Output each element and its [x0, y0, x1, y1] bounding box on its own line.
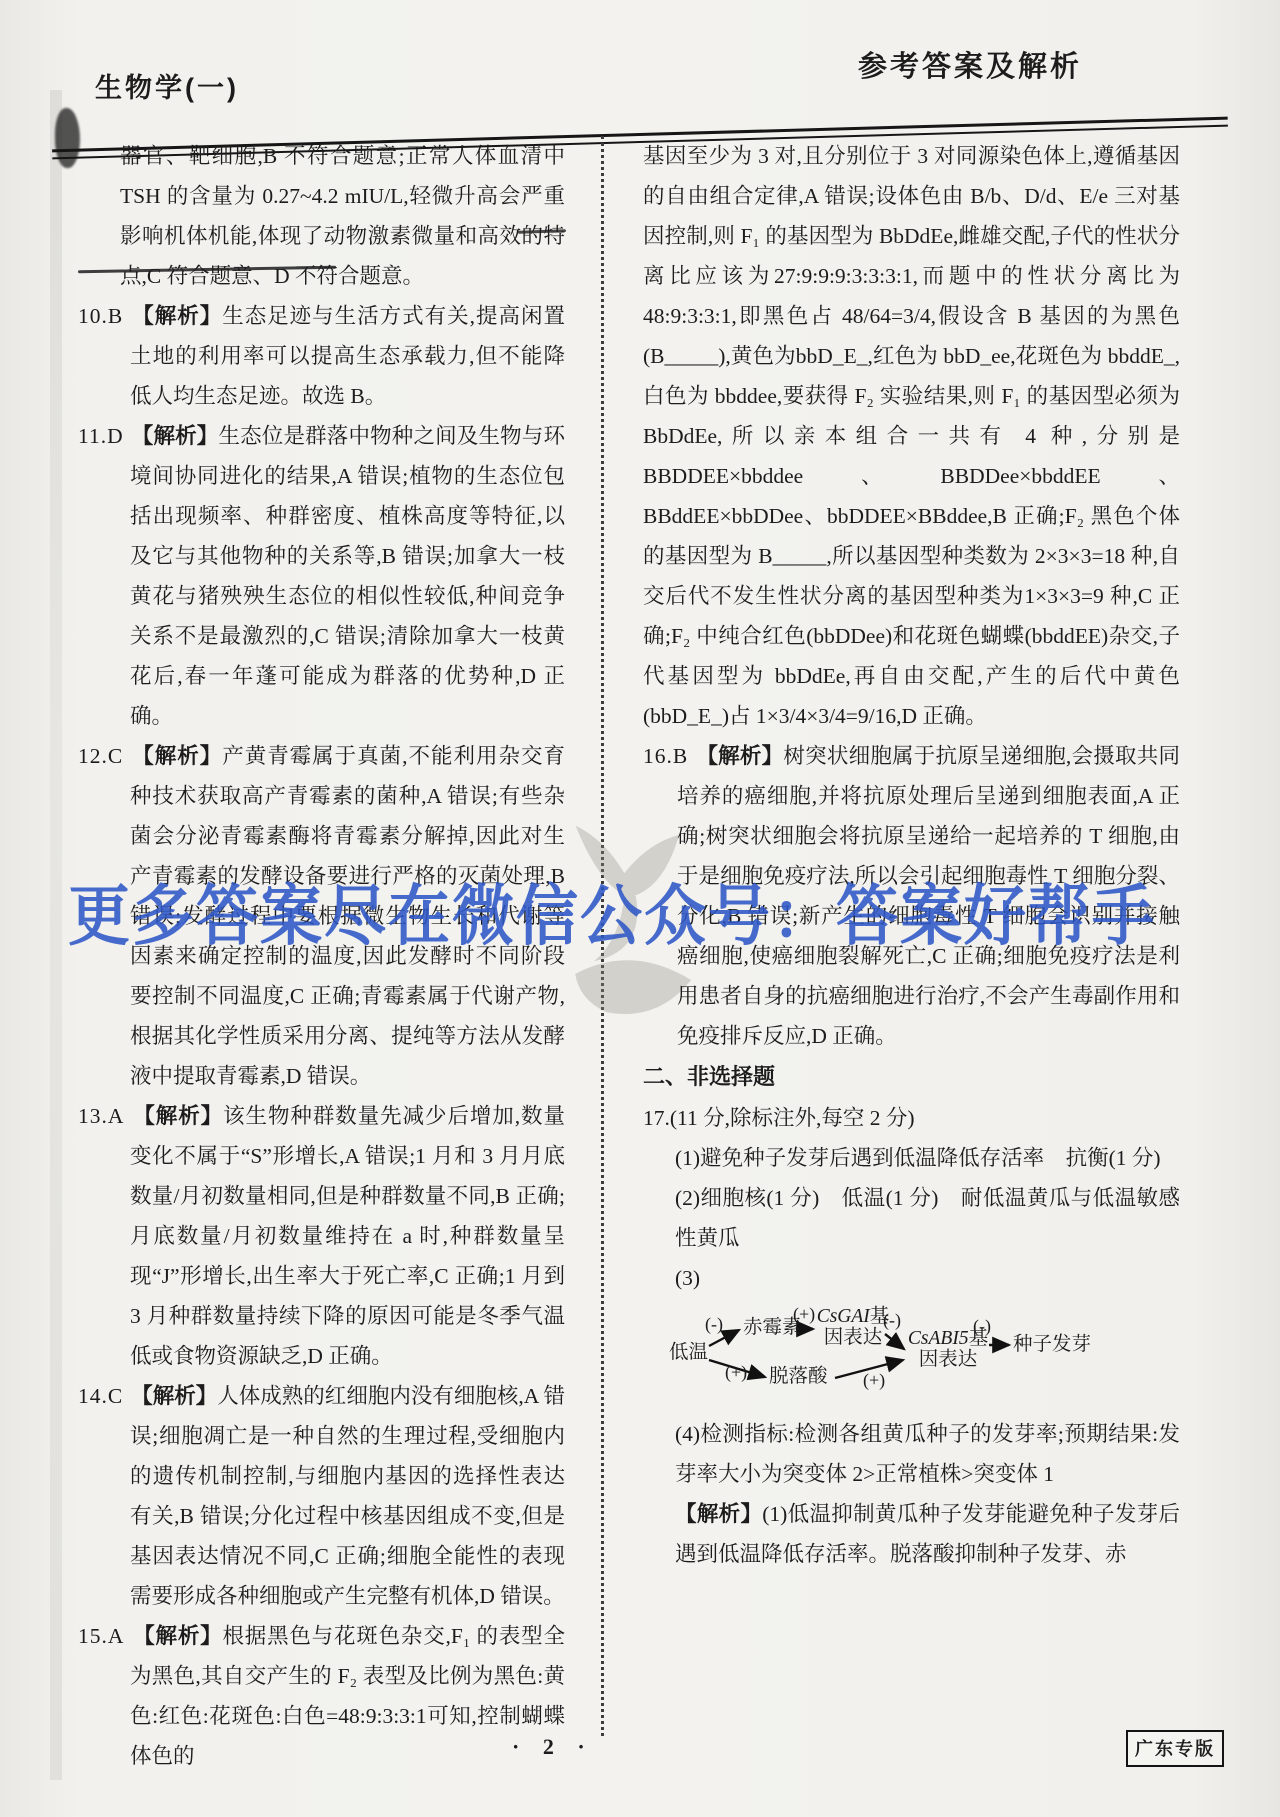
question-17-answer-2: (2)细胞核(1 分) 低温(1 分) 耐低温黄瓜与低温敏感性黄瓜 [643, 1178, 1180, 1258]
subject-title: 生物学(一) [95, 66, 239, 105]
question-17-answer-3-label: (3) [643, 1258, 1180, 1298]
edge-sign-low-ga: (-) [705, 1314, 723, 1335]
page-title: 参考答案及解析 [858, 44, 1082, 85]
node-low-temp: 低温 [669, 1342, 708, 1363]
answer-number: 14.C [78, 1384, 123, 1408]
edge-sign-low-aba: (+) [725, 1362, 747, 1383]
node-seed-germination: 种子发芽 [1013, 1334, 1091, 1355]
question-17-analysis: 【解析】(1)低温抑制黄瓜种子发芽能避免种子发芽后遇到低温降低存活率。脱落酸抑制… [643, 1494, 1180, 1574]
analysis-tag: 【解析】 [132, 1624, 222, 1648]
answer-number: 13.A [78, 1104, 124, 1128]
answer-15-continuation: 基因至少为 3 对,且分别位于 3 对同源染色体上,遵循基因的自由组合定律,A … [643, 136, 1180, 736]
promo-watermark: 更多答案尽在微信公众号：答案好帮手 [68, 863, 1238, 957]
answer-9-continuation: 器官、靶细胞,B 不符合题意;正常人体血清中 TSH 的含量为 0.27~4.2… [78, 136, 565, 296]
gene-name-csgai: CsGAI [817, 1306, 870, 1327]
node-csgai-gene: CsGAI基因表达 [815, 1306, 891, 1348]
gene-name-csabi5: CsABI5 [908, 1328, 969, 1349]
answer-item-10: 10.B【解析】生态足迹与生活方式有关,提高闲置土地的利用率可以提高生态承载力,… [78, 296, 565, 416]
answer-number: 15.A [78, 1624, 124, 1648]
scan-edge-shadow [50, 90, 62, 1780]
exam-answer-page: 生物学(一) 参考答案及解析 器官、靶细胞,B 不符合题意;正常人体血清中 TS… [0, 0, 1280, 1817]
answer-item-13: 13.A【解析】该生物种群数量先减少后增加,数量变化不属于“S”形增长,A 错误… [78, 1096, 565, 1376]
question-17-answer-1: (1)避免种子发芽后遇到低温降低存活率 抗衡(1 分) [643, 1138, 1180, 1178]
analysis-tag: 【解析】 [131, 744, 222, 768]
answer-text: 生态位是群落中物种之间及生物与环境间协同进化的结果,A 错误;植物的生态位包括出… [130, 424, 565, 728]
analysis-tag: 【解析】 [132, 424, 219, 448]
edition-badge: 广东专版 [1126, 1730, 1224, 1767]
node-abscisic-acid: 脱落酸 [769, 1366, 828, 1387]
answer-item-11: 11.D【解析】生态位是群落中物种之间及生物与环境间协同进化的结果,A 错误;植… [78, 416, 565, 736]
answer-text: 该生物种群数量先减少后增加,数量变化不属于“S”形增长,A 错误;1 月和 3 … [130, 1104, 565, 1368]
analysis-tag: 【解析】 [131, 304, 222, 328]
question-17-answer-4: (4)检测指标:检测各组黄瓜种子的发芽率;预期结果:发芽率大小为突变体 2>正常… [643, 1414, 1180, 1494]
answer-number: 12.C [78, 744, 123, 768]
analysis-tag: 【解析】 [132, 1104, 223, 1128]
analysis-tag: 【解析】 [675, 1502, 762, 1526]
analysis-tag: 【解析】 [696, 744, 783, 768]
answer-text: 人体成熟的红细胞内没有细胞核,A 错误;细胞凋亡是一种自然的生理过程,受细胞内的… [130, 1384, 565, 1608]
edge-sign-abi-germ: (-) [973, 1316, 991, 1337]
edge-sign-ga-gai: (+) [793, 1304, 815, 1325]
answer-item-14: 14.C【解析】人体成熟的红细胞内没有细胞核,A 错误;细胞凋亡是一种自然的生理… [78, 1376, 565, 1616]
question-17-header: 17.(11 分,除标注外,每空 2 分) [643, 1098, 1180, 1138]
gene-pathway-diagram: 低温 (-) 赤霉素 (+) 脱落酸 (+) CsGAI基因表达 (-) CsA… [657, 1304, 1109, 1412]
analysis-tag: 【解析】 [131, 1384, 217, 1408]
answer-number: 16.B [643, 744, 688, 768]
edge-sign-aba-abi: (+) [863, 1370, 885, 1391]
edge-sign-gai-abi: (-) [883, 1310, 901, 1331]
answer-item-15: 15.A【解析】根据黑色与花斑色杂交,F₁ 的表型全为黑色,其自交产生的 F₂ … [78, 1616, 565, 1776]
answer-number: 10.B [78, 304, 123, 328]
section-heading: 二、非选择题 [643, 1056, 1180, 1098]
answer-number: 11.D [78, 424, 124, 448]
right-column: 基因至少为 3 对,且分别位于 3 对同源染色体上,遵循基因的自由组合定律,A … [643, 136, 1180, 1574]
